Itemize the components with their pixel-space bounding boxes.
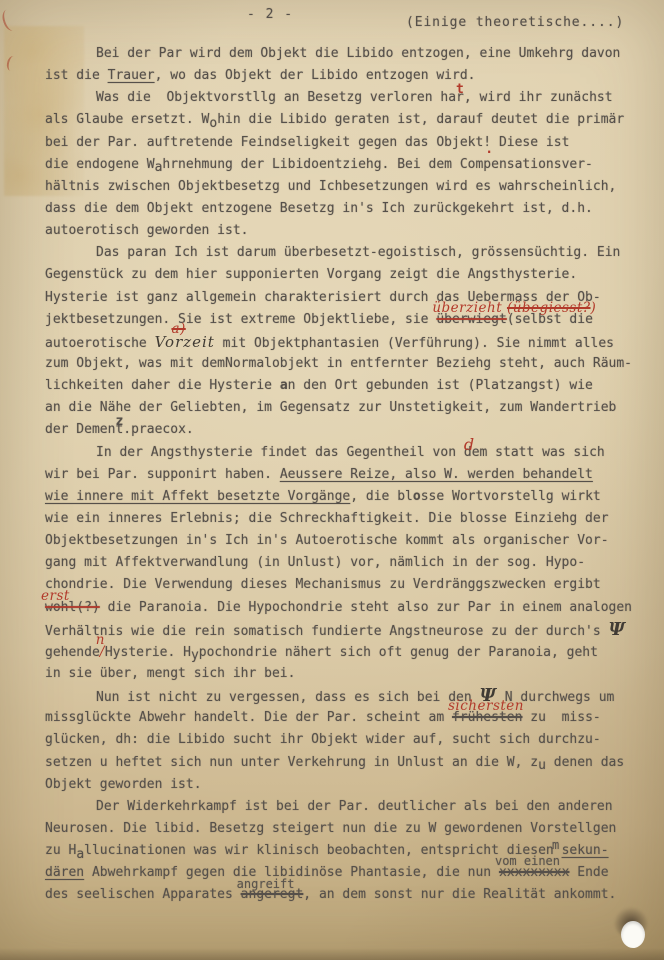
typed-run: N durchwegs um	[497, 690, 614, 705]
typed-run: setzen u heftet sich nun unter Verkehrun…	[45, 755, 538, 770]
typed-run: zu H	[45, 843, 76, 858]
typed-run: sse Wortvorstellg wirkt	[421, 489, 601, 504]
typed-line: zum Objekt, was mit demNormalobjekt in e…	[45, 353, 641, 375]
typed-line: Objektbesetzungen in's Ich in's Autoerot…	[45, 530, 641, 552]
typed-line: als Glaube ersetzt. Wohin die Libido ger…	[45, 109, 641, 131]
typed-run: Hysterie. H	[105, 645, 191, 660]
manuscript-page: - 2 - (Einige theoretische....) Bei der …	[0, 0, 664, 960]
typed-run: Hysterie ist ganz allgemein charakterisi…	[45, 290, 601, 305]
typed-line: Verhältnis wie die rein somatisch fundie…	[45, 619, 641, 641]
typed-run: zu miss-	[522, 710, 600, 725]
typed-line: bei der Par. auftretende Feindseligkeit …	[45, 132, 641, 154]
punch-hole	[621, 921, 645, 948]
typed-run: glücken, dh: die Libido sucht ihr Objekt…	[45, 732, 601, 747]
typed-run: gehende	[45, 645, 100, 660]
typed-line: glücken, dh: die Libido sucht ihr Objekt…	[45, 729, 641, 751]
typed-run: missglückte Abwehr handelt. Die der Par.…	[45, 710, 452, 725]
typed-run: .praecox.	[123, 422, 193, 437]
typed-line: Bei der Par wird dem Objekt die Libido e…	[45, 43, 641, 65]
typed-run: y	[191, 648, 199, 663]
typed-line: dären Abwehrkampf gegen die libidinöse P…	[45, 862, 641, 884]
typed-line: in sie über, mengt sich ihr bei.	[45, 663, 641, 685]
typed-line: chondrie. Die Verwendung dieses Mechanis…	[45, 574, 641, 596]
typed-run: hältnis zwischen Objektbesetzg und Ichbe…	[45, 179, 616, 194]
struck-text: xxxxxxxxxvom einen	[499, 862, 569, 884]
typed-line: wie innere mit Affekt besetzte Vorgänge,…	[45, 486, 641, 508]
typed-run: Ende	[569, 865, 608, 880]
typed-run: , wo das Objekt der Libido entzogen wird…	[155, 68, 476, 83]
typed-line: lichkeiten daher die Hysterie an den Ort…	[45, 375, 641, 397]
underlined-text: dären	[45, 865, 84, 880]
typed-run: jektbesetzungen. Sie ist extreme Objektl…	[45, 312, 436, 327]
typed-run: , die bl	[350, 489, 413, 504]
typed-line: gehende/nHysterie. Hypochondrie nähert s…	[45, 641, 641, 663]
typed-text: Bei der Par wird dem Objekt die Libido e…	[45, 43, 641, 906]
typed-run: o	[413, 489, 421, 504]
typed-line: Was die Objektvorstllg an Besetzg verlor…	[45, 87, 641, 109]
typed-run: Was die Objektvorstllg an Besetzg verlor…	[96, 90, 456, 105]
typed-line: zu Hallucinationen was wir klinisch beob…	[45, 840, 641, 862]
typed-run: dass die dem Objekt entzogene Besetzg in…	[45, 201, 593, 216]
typed-run: Der Widerkehrkampf ist bei der Par. deut…	[96, 799, 613, 814]
red-ink-smudge	[0, 7, 20, 32]
typed-line: setzen u heftet sich nun unter Verkehrun…	[45, 752, 641, 774]
typed-line: dass die dem Objekt entzogene Besetzg in…	[45, 198, 641, 220]
typed-line: Nun ist nicht zu vergessen, dass es sich…	[45, 685, 641, 707]
typed-run: Gegenstück zu dem hier supponierten Vorg…	[45, 267, 577, 282]
typed-run: an die Nähe der Geliebten, im Gegensatz …	[45, 400, 616, 415]
underlined-text: Aeussere Reize, also W. werden behandelt	[280, 467, 593, 482]
typed-run: Objekt geworden ist.	[45, 777, 202, 792]
struck-text: überwiegtüberzieht (übegiesst?)	[436, 309, 506, 331]
typed-line: wohl(?)erst die Paranoia. Die Hypochondr…	[45, 597, 641, 619]
red-ink-smudge	[6, 55, 19, 72]
typed-run: In der Angsthysterie findet das Gegenthe…	[96, 445, 464, 460]
typed-run: (selbst die	[507, 312, 593, 327]
typed-line: missglückte Abwehr handelt. Die der Par.…	[45, 707, 641, 729]
typed-line: die endogene Wahrnehmung der Libidoentzi…	[45, 154, 641, 176]
typed-line: ist die Trauer, wo das Objekt der Libido…	[45, 65, 641, 87]
typed-line: Neurosen. Die libid. Besetzg steigert nu…	[45, 818, 641, 840]
struck-text: wohl(?)erst	[45, 597, 100, 619]
typed-run: nm	[546, 840, 554, 862]
struck-text: angeregtangreift	[241, 884, 304, 906]
typed-run: hin die Libido geraten ist, darauf deute…	[217, 112, 624, 127]
running-title: (Einige theoretische....)	[406, 15, 624, 30]
typed-run: hrnehmung der Libidoentziehg. Bei dem Co…	[162, 157, 592, 172]
typed-line: jektbesetzungen. Sie ist extreme Objektl…	[45, 309, 641, 331]
handwritten-word: Vorzeita)	[155, 331, 215, 353]
typed-line: Der Widerkehrkampf ist bei der Par. deut…	[45, 796, 641, 818]
typed-run: Das paran Ich ist darum überbesetzt-egoi…	[96, 245, 620, 260]
typed-run: denen das	[546, 755, 624, 770]
typed-run: wie ein inneres Erlebnis; die Schreckhaf…	[45, 511, 609, 526]
typed-run: Objektbesetzungen in's Ich in's Autoerot…	[45, 533, 609, 548]
typed-run: des seelischen Apparates	[45, 887, 241, 902]
typed-run: em statt was sich	[472, 445, 605, 460]
typed-run: !.	[483, 132, 491, 154]
typed-run: n den Ort gebunden ist (Platzangst) wie	[288, 378, 593, 393]
typed-line: des seelischen Apparates angeregtangreif…	[45, 884, 641, 906]
typed-run: bei der Par. auftretende Feindseligkeit …	[45, 135, 483, 150]
underlined-text: sekun-	[562, 843, 609, 858]
typed-line: Hysterie ist ganz allgemein charakterisi…	[45, 287, 641, 309]
typed-run: rt	[456, 87, 464, 109]
typed-line: an die Nähe der Geliebten, im Gegensatz …	[45, 397, 641, 419]
typed-line: gang mit Affektverwandlung (in Unlust) v…	[45, 552, 641, 574]
typed-run: ist die	[45, 68, 108, 83]
typed-run: Bei der Par wird dem Objekt die Libido e…	[96, 46, 620, 61]
typed-run: lichkeiten daher die Hysterie	[45, 378, 280, 393]
typed-line: der Dementz.praecox.	[45, 419, 641, 441]
typed-run: u	[538, 758, 546, 773]
typed-run: Nun ist nicht zu vergessen, dass es sich…	[96, 690, 480, 705]
typed-line: autoerotisch geworden ist.	[45, 220, 641, 242]
typed-run: llucinationen was wir klinisch beobachte…	[84, 843, 546, 858]
typed-run: Abwehrkampf gegen die libidinöse Phantas…	[84, 865, 499, 880]
typed-run: der Demen	[45, 422, 115, 437]
typed-run: autoerotisch geworden ist.	[45, 223, 249, 238]
typed-run: pochondrie nähert sich oft genug der Par…	[199, 645, 598, 660]
typed-run: , an dem sonst nur die Realität ankommt.	[303, 887, 616, 902]
typed-line: Objekt geworden ist.	[45, 774, 641, 796]
typed-run: chondrie. Die Verwendung dieses Mechanis…	[45, 577, 601, 592]
typed-line: Gegenstück zu dem hier supponierten Vorg…	[45, 264, 641, 286]
typed-run: , wird ihr zunächst	[464, 90, 613, 105]
underlined-text: wie innere mit Affekt besetzte Vorgänge	[45, 489, 350, 504]
typed-line: In der Angsthysterie findet das Gegenthe…	[45, 442, 641, 464]
typed-run: a	[76, 847, 84, 862]
typed-run: Neurosen. Die libid. Besetzg steigert nu…	[45, 821, 616, 836]
typed-run: in sie über, mengt sich ihr bei.	[45, 666, 295, 681]
typed-run: die Paranoia. Die Hypochondrie steht als…	[100, 600, 632, 615]
typed-line: autoerotische Vorzeita) mit Objektphanta…	[45, 331, 641, 353]
typed-line: wie ein inneres Erlebnis; die Schreckhaf…	[45, 508, 641, 530]
psi-symbol: Ψ	[609, 619, 626, 640]
typed-line: wir bei Par. supponirt haben. Aeussere R…	[45, 464, 641, 486]
typed-run: gang mit Affektverwandlung (in Unlust) v…	[45, 555, 585, 570]
typed-run: dd	[464, 442, 472, 464]
typed-run: Diese ist	[491, 135, 569, 150]
typed-run: zum Objekt, was mit demNormalobjekt in e…	[45, 356, 632, 371]
typed-run: autoerotische	[45, 336, 155, 351]
typed-line: hältnis zwischen Objektbesetzg und Ichbe…	[45, 176, 641, 198]
psi-symbol: Ψ	[480, 685, 497, 706]
typed-line: Das paran Ich ist darum überbesetzt-egoi…	[45, 242, 641, 264]
page-number: - 2 -	[247, 7, 294, 22]
typed-run: wir bei Par. supponirt haben.	[45, 467, 280, 482]
underlined-text: Trauer	[108, 68, 155, 83]
struck-text: frühestensichersten	[452, 707, 522, 729]
typed-run: a	[280, 378, 288, 393]
typed-run: als Glaube ersetzt. W	[45, 112, 209, 127]
typed-run: Verhältnis wie die rein somatisch fundie…	[45, 624, 609, 639]
typed-run: mit Objektphantasien (Verführung). Sie n…	[215, 336, 614, 351]
typed-run	[554, 843, 562, 858]
typed-run: die endogene W	[45, 157, 155, 172]
